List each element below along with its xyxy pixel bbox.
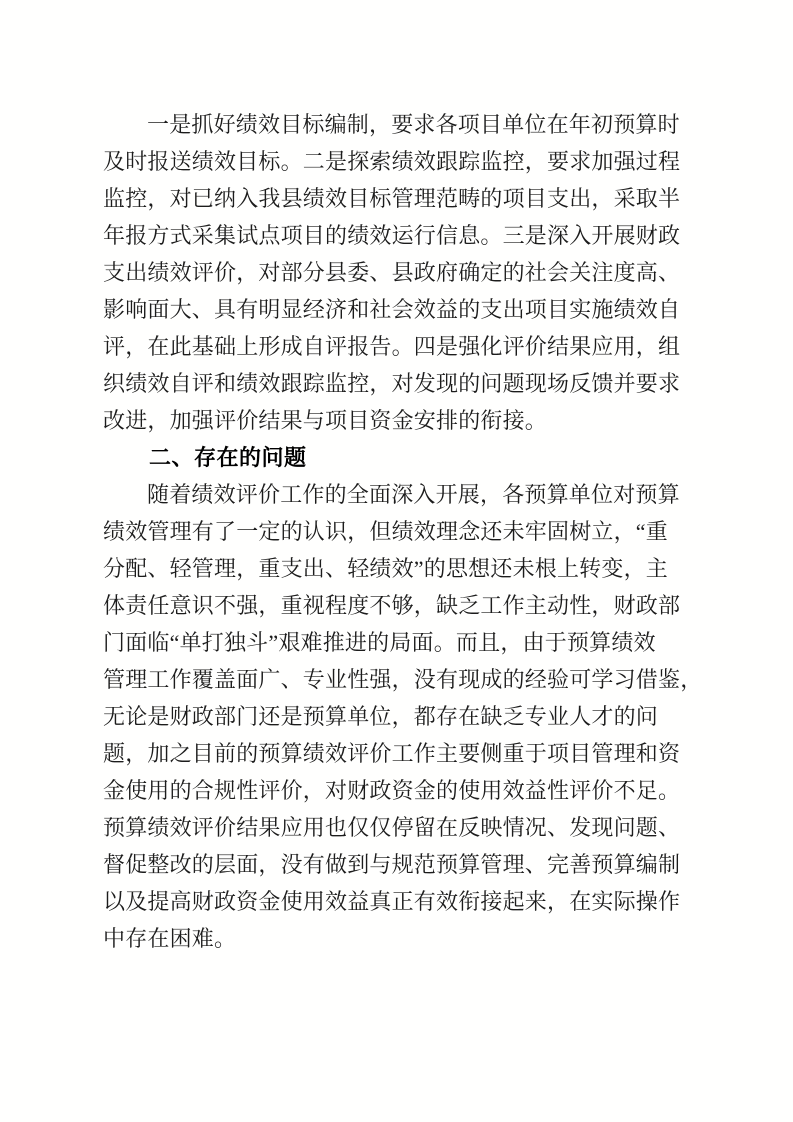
paragraph-problems-detail-line-11: 督促整改的层面，没有做到与规范预算管理、完善预算编制 — [103, 846, 681, 883]
paragraph-problems-detail-line-3: 分配、轻管理，重支出、轻绩效”的思想还未根上转变，主 — [103, 550, 681, 587]
paragraph-work-measures-line-8: 织绩效自评和绩效跟踪监控，对发现的问题现场反馈并要求 — [103, 365, 681, 402]
paragraph-problems-detail-line-6: 管理工作覆盖面广、专业性强，没有现成的经验可学习借鉴， — [103, 661, 681, 698]
paragraph-work-measures-line-7: 评，在此基础上形成自评报告。四是强化评价结果应用，组 — [103, 328, 681, 365]
paragraph-problems-detail-line-2: 绩效管理有了一定的认识，但绩效理念还未牢固树立，“重 — [103, 513, 681, 550]
heading-existing-problems: 二、存在的问题 — [103, 439, 681, 476]
paragraph-work-measures-line-4: 年报方式采集试点项目的绩效运行信息。三是深入开展财政 — [103, 217, 681, 254]
paragraph-work-measures-line-1: 一是抓好绩效目标编制，要求各项目单位在年初预算时 — [103, 106, 681, 143]
paragraph-problems-detail-line-4: 体责任意识不强，重视程度不够，缺乏工作主动性，财政部 — [103, 587, 681, 624]
paragraph-work-measures-line-9: 改进，加强评价结果与项目资金安排的衔接。 — [103, 402, 681, 439]
paragraph-problems-detail-line-13: 中存在困难。 — [103, 920, 681, 957]
paragraph-problems-detail-line-12: 以及提高财政资金使用效益真正有效衔接起来，在实际操作 — [103, 883, 681, 920]
paragraph-work-measures-line-2: 及时报送绩效目标。二是探索绩效跟踪监控，要求加强过程 — [103, 143, 681, 180]
paragraph-work-measures-line-6: 影响面大、具有明显经济和社会效益的支出项目实施绩效自 — [103, 291, 681, 328]
paragraph-problems-detail-line-10: 预算绩效评价结果应用也仅仅停留在反映情况、发现问题、 — [103, 809, 681, 846]
paragraph-work-measures-line-3: 监控，对已纳入我县绩效目标管理范畴的项目支出，采取半 — [103, 180, 681, 217]
paragraph-problems-detail-line-5: 门面临“单打独斗”艰难推进的局面。而且，由于预算绩效 — [103, 624, 681, 661]
document-page: 一是抓好绩效目标编制，要求各项目单位在年初预算时及时报送绩效目标。二是探索绩效跟… — [0, 0, 793, 1122]
paragraph-work-measures-line-5: 支出绩效评价，对部分县委、县政府确定的社会关注度高、 — [103, 254, 681, 291]
paragraph-problems-detail-line-8: 题，加之目前的预算绩效评价工作主要侧重于项目管理和资 — [103, 735, 681, 772]
paragraph-problems-detail-line-1: 随着绩效评价工作的全面深入开展，各预算单位对预算 — [103, 476, 681, 513]
paragraph-problems-detail-line-9: 金使用的合规性评价，对财政资金的使用效益性评价不足。 — [103, 772, 681, 809]
document-text-block: 一是抓好绩效目标编制，要求各项目单位在年初预算时及时报送绩效目标。二是探索绩效跟… — [103, 106, 681, 957]
paragraph-problems-detail-line-7: 无论是财政部门还是预算单位，都存在缺乏专业人才的问 — [103, 698, 681, 735]
